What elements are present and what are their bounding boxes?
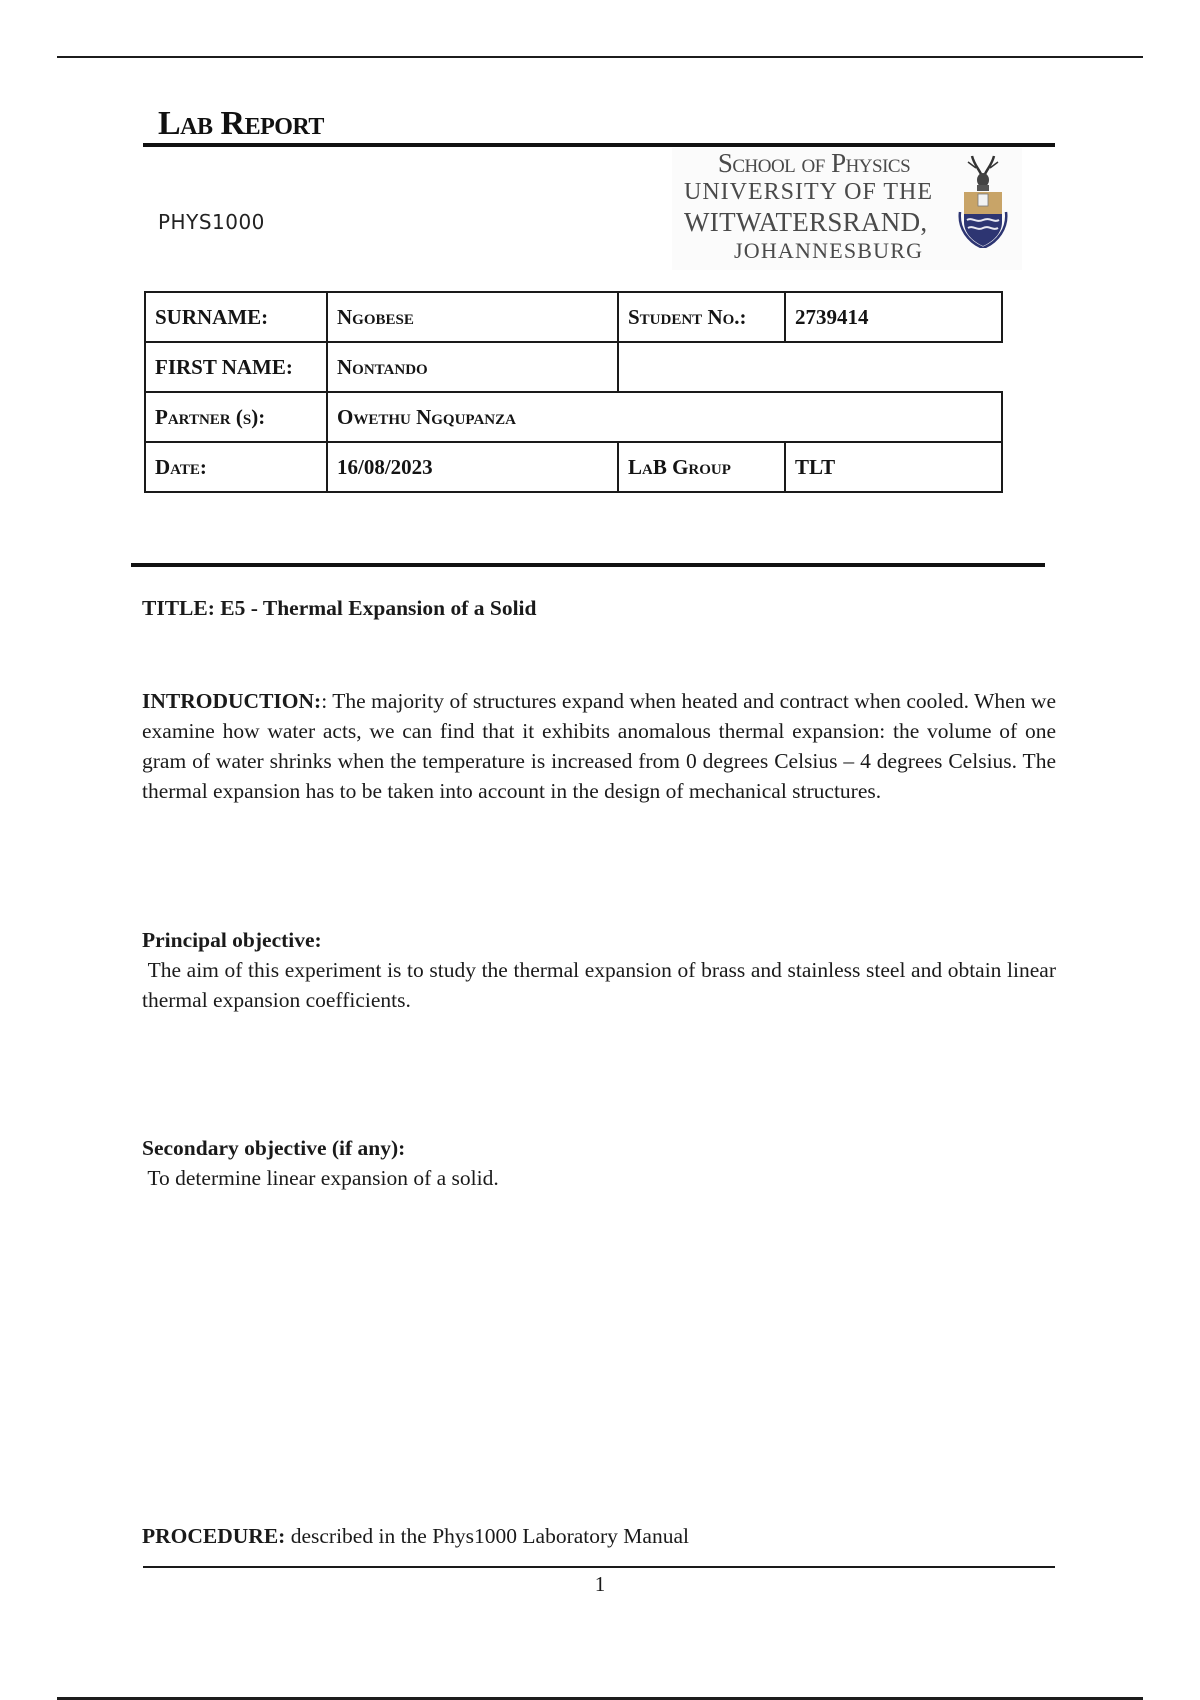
partners-value: Owethu Ngqupanza [327,392,1002,442]
section-divider [131,563,1045,567]
logo-city: JOHANNESBURG [684,237,944,265]
introduction-label: INTRODUCTION: [142,689,321,713]
secondary-objective-label: Secondary objective (if any): [142,1133,1056,1163]
procedure-text: described in the Phys1000 Laboratory Man… [285,1524,689,1548]
table-row: Date: 16/08/2023 LaB Group TLT [145,442,1002,492]
partners-label: Partner (s): [145,392,327,442]
table-row: Partner (s): Owethu Ngqupanza [145,392,1002,442]
secondary-objective-section: Secondary objective (if any): To determi… [142,1133,1056,1193]
surname-label: SURNAME: [145,292,327,342]
principal-objective-section: Principal objective: The aim of this exp… [142,925,1056,1015]
procedure-section: PROCEDURE: described in the Phys1000 Lab… [142,1521,1056,1551]
logo-university-line1: UNIVERSITY OF THE [684,178,944,207]
table-row: SURNAME: Ngobese Student No.: 2739414 [145,292,1002,342]
principal-objective-text: The aim of this experiment is to study t… [142,955,1056,1015]
experiment-title: TITLE: E5 - Thermal Expansion of a Solid [142,593,536,623]
student-no-label: Student No.: [618,292,785,342]
student-info-table: SURNAME: Ngobese Student No.: 2739414 FI… [144,291,1003,493]
table-row: FIRST NAME: Nontando [145,342,1002,392]
first-name-label: FIRST NAME: [145,342,327,392]
university-crest-icon [954,152,1010,248]
school-logo: School of Physics UNIVERSITY OF THE WITW… [672,148,1022,270]
empty-cell [618,342,1002,392]
date-value: 16/08/2023 [327,442,618,492]
page-number: 1 [0,1572,1200,1597]
course-code: PHYS1000 [158,210,265,234]
secondary-objective-text: To determine linear expansion of a solid… [142,1163,1056,1193]
first-name-value: Nontando [327,342,618,392]
document-title: Lab Report [158,104,324,144]
logo-university-line2: WITWATERSRAND, [684,207,944,237]
title-value: E5 - Thermal Expansion of a Solid [215,596,537,620]
surname-value: Ngobese [327,292,618,342]
lab-group-label: LaB Group [618,442,785,492]
title-underline-rule [143,143,1055,147]
page-top-rule [57,56,1143,58]
principal-objective-label: Principal objective: [142,925,1056,955]
date-label: Date: [145,442,327,492]
student-no-value: 2739414 [785,292,1002,342]
title-label: TITLE: [142,596,215,620]
footer-rule [143,1566,1055,1568]
lab-group-value: TLT [785,442,1002,492]
logo-school-name: School of Physics [684,148,944,178]
introduction-section: INTRODUCTION:: The majority of structure… [142,686,1056,806]
procedure-label: PROCEDURE: [142,1524,285,1548]
